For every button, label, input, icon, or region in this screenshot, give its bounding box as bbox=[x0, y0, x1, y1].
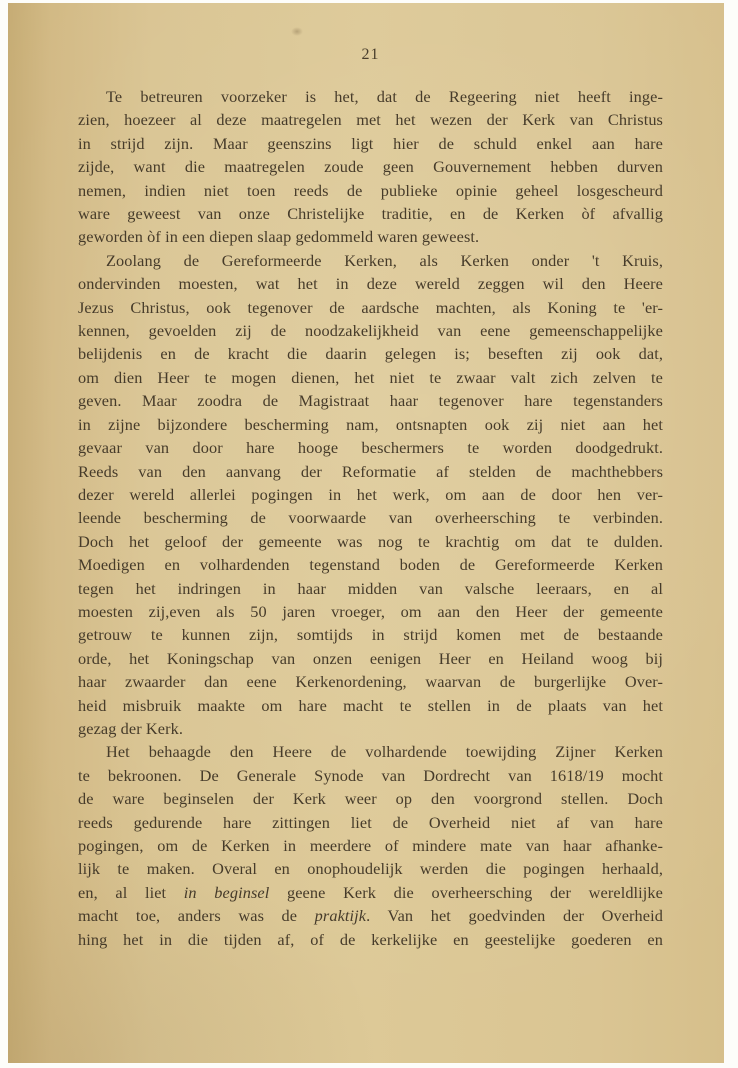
text-line: de ware beginselen der Kerk weer op den … bbox=[78, 787, 663, 810]
text-line: belijdenis en de kracht die daarin geleg… bbox=[78, 342, 663, 365]
text-line: Te betreuren voorzeker is het, dat de Re… bbox=[78, 85, 663, 108]
text-line: zijde, want die maatregelen zoude geen G… bbox=[78, 155, 663, 178]
text-line: haar zwaarder dan eene Kerkenordening, w… bbox=[78, 670, 663, 693]
text-line: getrouw te kunnen zijn, somtijds in stri… bbox=[78, 623, 663, 646]
text-line: geworden òf in een diepen slaap gedommel… bbox=[78, 225, 663, 248]
paragraph: Het behaagde den Heere de volhardende to… bbox=[78, 740, 663, 951]
text-line: ondervinden moesten, wat het in deze wer… bbox=[78, 272, 663, 295]
text-line: Jezus Christus, ook tegenover de aardsch… bbox=[78, 296, 663, 319]
paragraph: Zoolang de Gereformeerde Kerken, als Ker… bbox=[78, 249, 663, 741]
paper-smudge bbox=[291, 27, 303, 36]
text-line: tegen het indringen in haar midden van v… bbox=[78, 577, 663, 600]
text-line: in strijd zijn. Maar geenszins ligt hier… bbox=[78, 132, 663, 155]
text-line: ware geweest van onze Christelijke tradi… bbox=[78, 202, 663, 225]
text-line: moesten zij,even als 50 jaren vroeger, o… bbox=[78, 600, 663, 623]
text-line: hing het in die tijden af, of de kerkeli… bbox=[78, 928, 663, 951]
text-line: en, al liet in beginsel geene Kerk die o… bbox=[78, 881, 663, 904]
text-line: leende bescherming de voorwaarde van ove… bbox=[78, 506, 663, 529]
text-line: heid misbruik maakte om hare macht te st… bbox=[78, 694, 663, 717]
text-line: gezag der Kerk. bbox=[78, 717, 663, 740]
text-line: Doch het geloof der gemeente was nog te … bbox=[78, 530, 663, 553]
paragraph: Te betreuren voorzeker is het, dat de Re… bbox=[78, 85, 663, 249]
text-line: gevaar van door hare hooge beschermers t… bbox=[78, 436, 663, 459]
text-line: lijk te maken. Overal en onophoudelijk w… bbox=[78, 857, 663, 880]
page-number: 21 bbox=[78, 46, 663, 64]
text-line: zien, hoezeer al deze maatregelen met he… bbox=[78, 108, 663, 131]
text-line: pogingen, om de Kerken in meerdere of mi… bbox=[78, 834, 663, 857]
text-line: reeds gedurende hare zittingen liet de O… bbox=[78, 811, 663, 834]
text-line: om dien Heer te mogen dienen, het niet t… bbox=[78, 366, 663, 389]
text-line: te bekroonen. De Generale Synode van Dor… bbox=[78, 764, 663, 787]
text-block: Te betreuren voorzeker is het, dat de Re… bbox=[78, 85, 663, 951]
text-line: dezer wereld allerlei pogingen in het we… bbox=[78, 483, 663, 506]
text-line: Moedigen en volhardenden tegenstand bode… bbox=[78, 553, 663, 576]
text-line: kennen, gevoelden zij de noodzakelijkhei… bbox=[78, 319, 663, 342]
text-line: nemen, indien niet toen reeds de publiek… bbox=[78, 179, 663, 202]
text-line: Reeds van den aanvang der Reformatie af … bbox=[78, 460, 663, 483]
text-line: in zijne bijzondere bescherming nam, ont… bbox=[78, 413, 663, 436]
text-line: Het behaagde den Heere de volhardende to… bbox=[78, 740, 663, 763]
text-line: macht toe, anders was de praktijk. Van h… bbox=[78, 904, 663, 927]
text-line: Zoolang de Gereformeerde Kerken, als Ker… bbox=[78, 249, 663, 272]
text-line: geven. Maar zoodra de Magistraat haar te… bbox=[78, 389, 663, 412]
text-line: orde, het Koningschap van onzen eenigen … bbox=[78, 647, 663, 670]
